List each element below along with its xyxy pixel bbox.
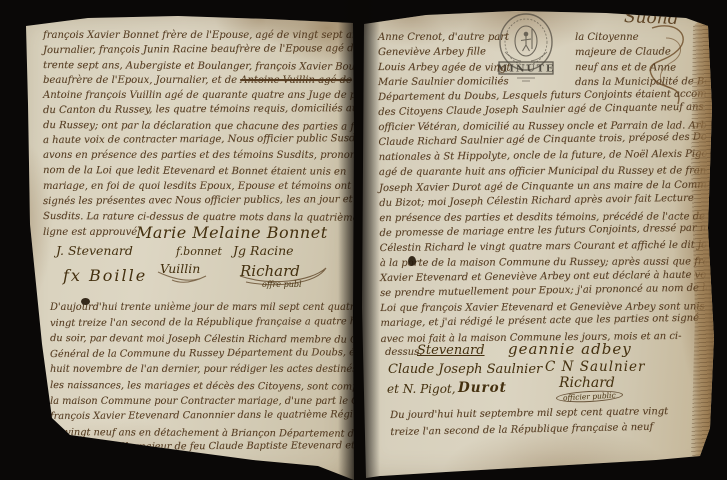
manuscript-line: beaufrère de l'Epoux, Journalier, et de: [43, 75, 240, 86]
ink-blot: [81, 298, 90, 305]
signature-stevenard: J. Stevenard: [56, 243, 133, 258]
left-paragraph1-top: françois Xavier Bonnet frère de l'Epouse…: [43, 30, 348, 75]
signature-stevenard-right: Stevenard: [417, 343, 485, 358]
signature-pigot: et N. Pigot,: [387, 382, 456, 396]
approval-line: ligne est approuvé: [43, 227, 137, 238]
manuscript-line: avons en présence des parties et des tém…: [43, 150, 348, 165]
right-page: Suond MINUTE Anne Crenot, d'autre partGe…: [356, 8, 720, 480]
signature-flourish: [148, 254, 338, 299]
struck-words: Antoine Vuillin agé de: [240, 75, 352, 86]
manuscript-line: Journalier, françois Junin Racine beaufr…: [43, 43, 348, 60]
manuscript-line: nom de la Loi que ledit Etevenard et Bon…: [43, 165, 348, 182]
manuscript-line: vingt treize l'an second de la Républiqu…: [50, 316, 350, 333]
signature-arbey: geannie adbey: [508, 340, 632, 358]
left-page: françois Xavier Bonnet frère de l'Epouse…: [18, 14, 354, 480]
signature-richard-right: Richard: [559, 375, 615, 391]
manuscript-line: a haute voix de contracter mariage, Nous…: [43, 133, 348, 150]
right-body: Département du Doubs, Lesquels futurs Co…: [378, 89, 711, 349]
manuscript-line: Anne Crenot, d'autre part: [378, 32, 510, 47]
book-gutter-shadow: [338, 0, 380, 480]
manuscript-line: du Canton du Russey, les quatre témoins …: [43, 103, 348, 120]
signature-marie-melaine-bonnet: Marie Melaine Bonnet: [136, 223, 328, 242]
manuscript-line: D'aujourd'hui trente unième jour de mars…: [50, 302, 350, 318]
left-paragraph1-line4: beaufrère de l'Epoux, Journalier, et de …: [43, 75, 352, 86]
right-opening-left: Anne Crenot, d'autre partGeneviève Arbey…: [378, 32, 510, 92]
manuscript-line: Général de la Commune du Russey Départem…: [50, 347, 350, 364]
manuscript-line: françois Xavier Etevenard Canonnier dans…: [50, 409, 350, 426]
book-fore-edge: [691, 14, 718, 470]
signature-durot: Durot: [458, 380, 507, 396]
ink-blot: [408, 256, 416, 266]
left-paragraph1-rest: Antoine françois Vuillin agé de quarante…: [43, 90, 348, 226]
manuscript-line: huit novembre de l'an dernier, pour rédi…: [50, 364, 350, 380]
signature-richard-title-right: officier public: [556, 389, 623, 403]
manuscript-line: signés les présentes avec Nous officier …: [43, 194, 348, 211]
left-paragraph2: D'aujourd'hui trente unième jour de mars…: [50, 302, 350, 458]
seated-figure-icon: [524, 32, 529, 37]
manuscript-line: à la porte de la maison Commune du Russe…: [380, 256, 710, 273]
manuscript-line: Geneviève Arbey fille: [378, 46, 510, 62]
signature-boille: fx Boille: [63, 266, 147, 285]
signature-saulnier-claude-joseph: Claude Joseph Saulnier: [388, 362, 542, 377]
manuscript-line: hautes alpes, fils majeur de feu Claude …: [50, 441, 350, 458]
right-closing: Du jourd'hui huit septembre mil sept cen…: [390, 404, 669, 441]
signature-saulnier-cn: C N Saulnier: [545, 359, 646, 375]
manuscript-line: agé de quarante huit ans officier Munici…: [379, 166, 709, 183]
manuscript-line: mariage, en foi de quoi lesdits Epoux, E…: [43, 181, 348, 196]
manuscript-scan: françois Xavier Bonnet frère de l'Epouse…: [0, 0, 727, 480]
manuscript-line: les naissances, les mariages et décès de…: [50, 380, 350, 397]
